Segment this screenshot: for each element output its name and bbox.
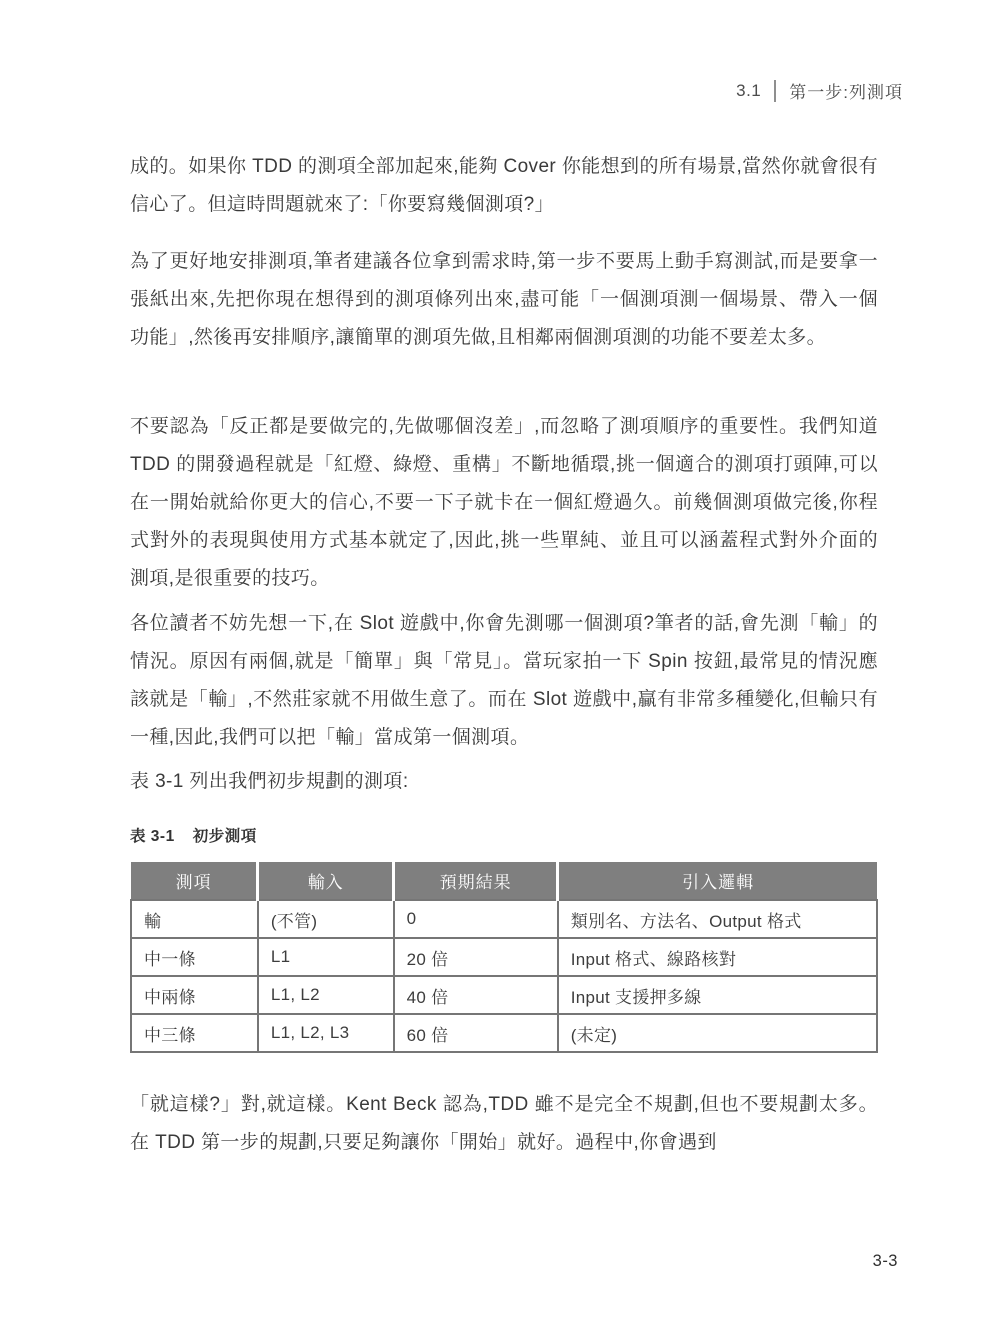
- section-number: 3.1: [736, 81, 761, 101]
- table-row: 中兩條 L1, L2 40 倍 Input 支援押多線: [131, 976, 877, 1014]
- column-header-expected-result: 預期結果: [394, 862, 558, 900]
- cell-test-item: 輸: [131, 900, 258, 938]
- cell-introduced-logic: 類別名、方法名、Output 格式: [558, 900, 877, 938]
- paragraph-1: 成的。如果你 TDD 的測項全部加起來,能夠 Cover 你能想到的所有場景,當…: [130, 148, 878, 224]
- column-header-test-item: 測項: [131, 862, 258, 900]
- cell-expected-result: 60 倍: [394, 1014, 558, 1052]
- cell-introduced-logic: (未定): [558, 1014, 877, 1052]
- page-number: 3-3: [873, 1252, 898, 1271]
- cell-expected-result: 20 倍: [394, 938, 558, 976]
- cell-test-item: 中一條: [131, 938, 258, 976]
- cell-input: L1, L2, L3: [258, 1014, 394, 1052]
- table-caption: 表 3-1初步測項: [130, 824, 257, 846]
- cell-input: L1, L2: [258, 976, 394, 1014]
- closing-paragraph: 「就這樣?」對,就這樣。Kent Beck 認為,TDD 雖不是完全不規劃,但也…: [130, 1086, 878, 1162]
- paragraph-3: 不要認為「反正都是要做完的,先做哪個沒差」,而忽略了測項順序的重要性。我們知道 …: [130, 408, 878, 598]
- table-caption-title: 初步測項: [193, 828, 257, 845]
- table-row: 中一條 L1 20 倍 Input 格式、線路核對: [131, 938, 877, 976]
- cell-expected-result: 0: [394, 900, 558, 938]
- cell-introduced-logic: Input 格式、線路核對: [558, 938, 877, 976]
- table-header-row: 測項 輸入 預期結果 引入邏輯: [131, 862, 877, 900]
- table-row: 中三條 L1, L2, L3 60 倍 (未定): [131, 1014, 877, 1052]
- cell-introduced-logic: Input 支援押多線: [558, 976, 877, 1014]
- paragraph-2: 為了更好地安排測項,筆者建議各位拿到需求時,第一步不要馬上動手寫測試,而是要拿一…: [130, 243, 878, 357]
- cell-expected-result: 40 倍: [394, 976, 558, 1014]
- running-head: 3.1 第一步:列測項: [736, 78, 903, 103]
- cell-test-item: 中兩條: [131, 976, 258, 1014]
- column-header-input: 輸入: [258, 862, 394, 900]
- cell-test-item: 中三條: [131, 1014, 258, 1052]
- cell-input: L1: [258, 938, 394, 976]
- table-caption-label: 表 3-1: [130, 828, 175, 845]
- paragraph-4: 各位讀者不妨先想一下,在 Slot 遊戲中,你會先測哪一個測項?筆者的話,會先測…: [130, 605, 878, 757]
- table-intro-line: 表 3-1 列出我們初步規劃的測項:: [130, 763, 878, 801]
- test-items-table: 測項 輸入 預期結果 引入邏輯 輸 (不管) 0 類別名、方法名、Output …: [130, 862, 878, 1053]
- section-title: 第一步:列測項: [789, 78, 903, 103]
- column-header-introduced-logic: 引入邏輯: [558, 862, 877, 900]
- header-divider: [774, 80, 776, 102]
- cell-input: (不管): [258, 900, 394, 938]
- book-page: 3.1 第一步:列測項 成的。如果你 TDD 的測項全部加起來,能夠 Cover…: [0, 0, 1000, 1341]
- table-row: 輸 (不管) 0 類別名、方法名、Output 格式: [131, 900, 877, 938]
